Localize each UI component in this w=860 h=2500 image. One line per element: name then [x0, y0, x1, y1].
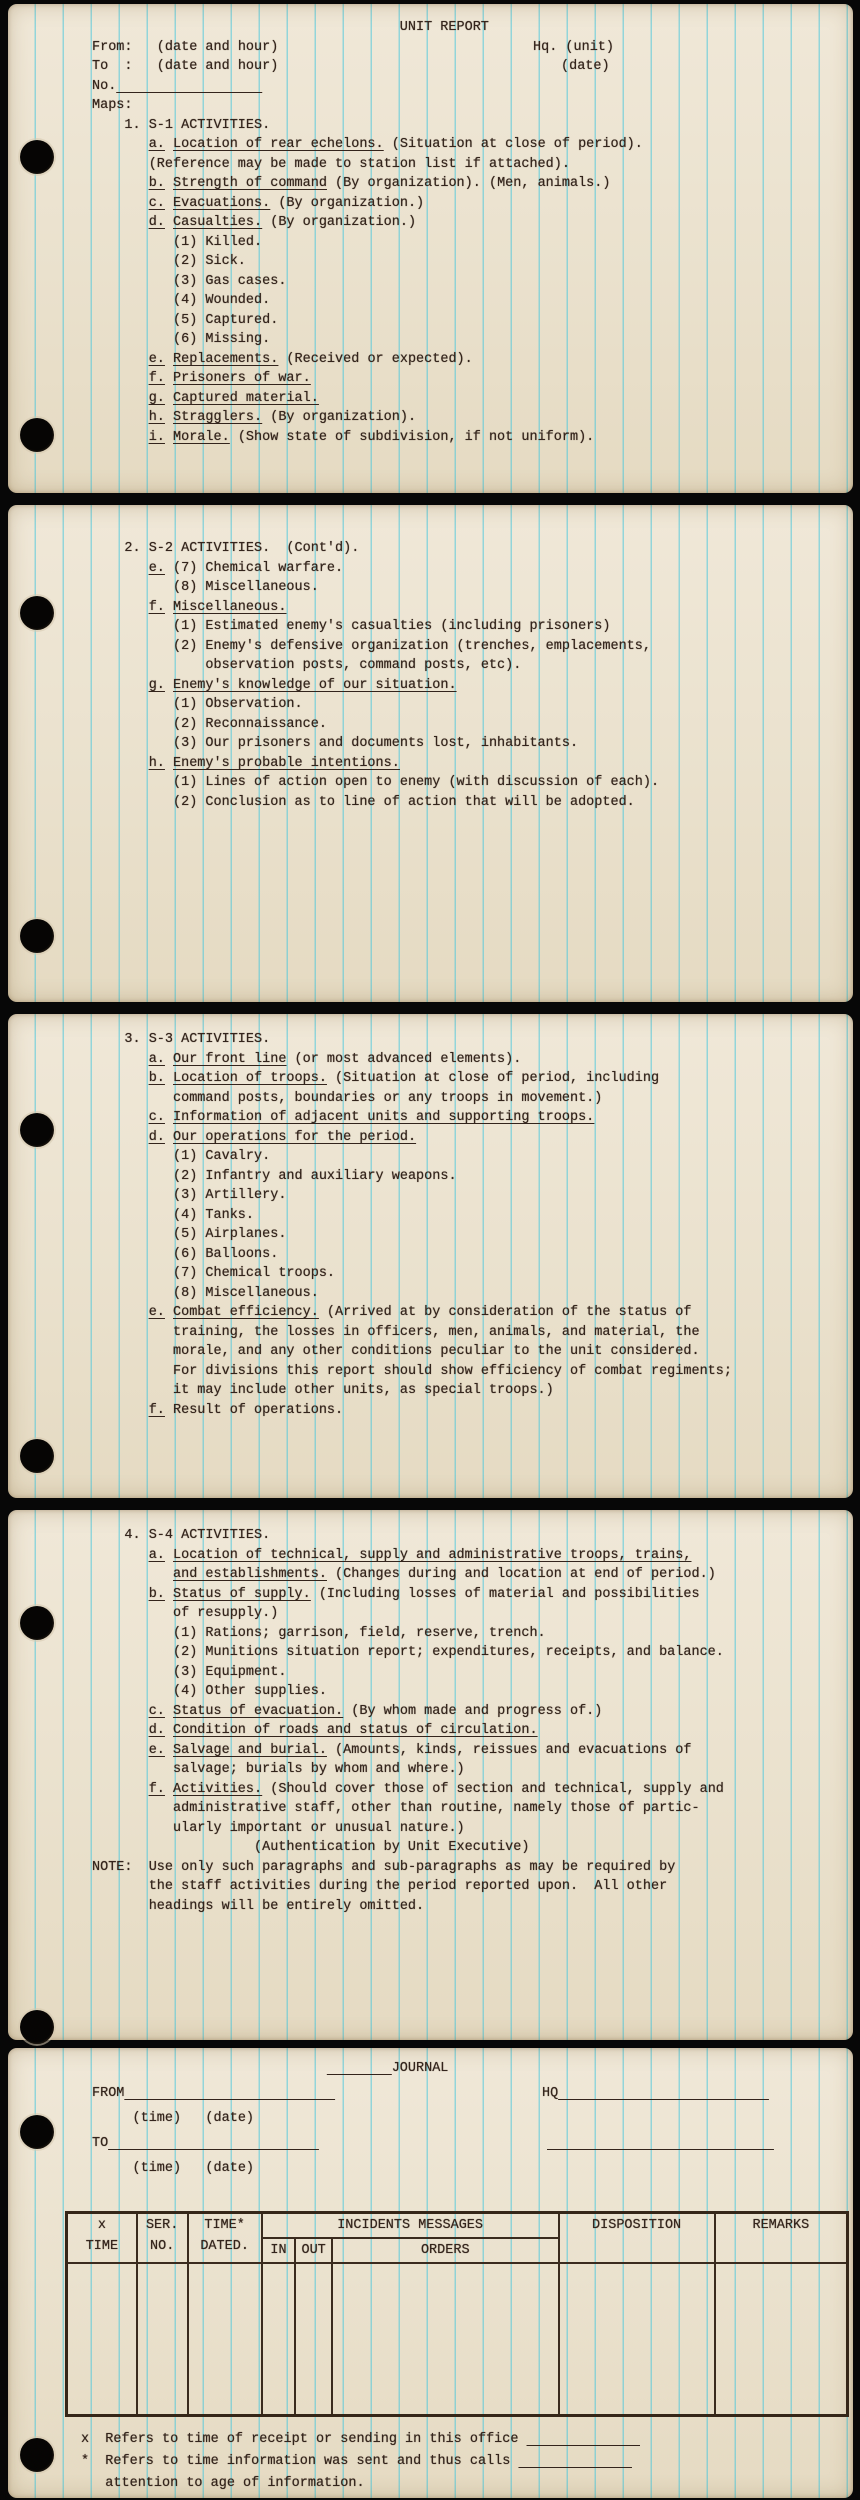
right-aligned-text — [547, 2131, 774, 2156]
text-span: (6) Missing. — [173, 332, 270, 347]
col-header-serial-no: SER. NO. — [137, 2213, 188, 2264]
text-span: (Authentication by Unit Executive) — [254, 1840, 529, 1855]
text-span: ularly important or unusual nature.) — [173, 1821, 465, 1836]
text-line: b. Location of troops. (Situation at clo… — [92, 1069, 845, 1089]
typed-text-block: 4. S-4 ACTIVITIES.a. Location of technic… — [8, 1510, 853, 1916]
underlined-text: a. — [149, 1548, 165, 1563]
col-header-time: x TIME — [67, 2213, 137, 2264]
underlined-text: b. — [149, 1587, 165, 1602]
underlined-text: f. — [149, 371, 165, 386]
underlined-text: Miscellaneous. — [173, 600, 286, 615]
text-span: For divisions this report should show ef… — [173, 1364, 732, 1379]
text-line: salvage; burials by whom and where.) — [92, 1760, 845, 1780]
text-line: attention to age of information. — [81, 2473, 845, 2495]
text-span: 4. S-4 ACTIVITIES. — [124, 1528, 270, 1543]
text-line: a. Location of technical, supply and adm… — [92, 1546, 845, 1566]
text-line: NOTE: Use only such paragraphs and sub-p… — [92, 1858, 845, 1878]
right-aligned-text: HQ — [542, 2081, 769, 2106]
text-span: (2) Enemy's defensive organization (tren… — [173, 639, 651, 654]
text-span: (3) Our prisoners and documents lost, in… — [173, 736, 578, 751]
text-line: (time) (date) — [92, 2106, 845, 2131]
text-span: (3) Gas cases. — [173, 274, 286, 289]
text-span: JOURNAL — [392, 2061, 449, 2076]
text-span — [165, 1052, 173, 1067]
text-line: (8) Miscellaneous. — [92, 578, 845, 598]
underlined-text: and establishments. — [173, 1567, 327, 1582]
text-line: d. Condition of roads and status of circ… — [92, 1721, 845, 1741]
punch-hole — [20, 919, 54, 953]
text-span: Maps: — [92, 98, 133, 113]
underlined-text: g. — [149, 678, 165, 693]
text-span: morale, and any other conditions peculia… — [173, 1344, 700, 1359]
text-span: (By whom made and progress of.) — [343, 1704, 602, 1719]
underlined-text: e. — [149, 1743, 165, 1758]
underlined-text: c. — [149, 1704, 165, 1719]
text-line: d. Casualties. (By organization.) — [92, 213, 845, 233]
text-span — [165, 678, 173, 693]
text-line: (time) (date) — [92, 2156, 845, 2181]
text-span: (1) Rations; garrison, field, reserve, t… — [173, 1626, 546, 1641]
text-line: (7) Chemical troops. — [92, 1264, 845, 1284]
text-span: observation posts, command posts, etc). — [205, 658, 521, 673]
text-line: From: (date and hour)Hq. (unit) — [92, 38, 845, 58]
report-card-s3: 3. S-3 ACTIVITIES.a. Our front line (or … — [8, 1014, 853, 1498]
text-span: it may include other units, as special t… — [173, 1383, 554, 1398]
text-span: (Situation at close of period). — [384, 137, 643, 152]
text-span: (Arrived at by consideration of the stat… — [319, 1305, 692, 1320]
text-line: g. Enemy's knowledge of our situation. — [92, 676, 845, 696]
text-line: (8) Miscellaneous. — [92, 1284, 845, 1304]
text-span: (6) Balloons. — [173, 1247, 278, 1262]
cell-out — [295, 2263, 332, 2416]
text-line: (Reference may be made to station list i… — [92, 155, 845, 175]
text-span: (Amounts, kinds, reissues and evacuation… — [327, 1743, 692, 1758]
text-line: c. Information of adjacent units and sup… — [92, 1108, 845, 1128]
text-span: (2) Sick. — [173, 254, 246, 269]
text-span — [165, 430, 173, 445]
text-span — [165, 371, 173, 386]
underlined-text: d. — [149, 1723, 165, 1738]
underlined-text: a. — [149, 137, 165, 152]
text-span — [165, 600, 173, 615]
text-line: 2. S-2 ACTIVITIES. (Cont'd). — [92, 539, 845, 559]
underlined-text: d. — [149, 215, 165, 230]
text-span — [165, 1704, 173, 1719]
text-line: (1) Estimated enemy's casualties (includ… — [92, 617, 845, 637]
text-line: * Refers to time information was sent an… — [81, 2451, 845, 2473]
text-line: (5) Airplanes. — [92, 1225, 845, 1245]
underlined-text: c. — [149, 196, 165, 211]
cell-remarks — [715, 2263, 848, 2416]
text-line: f. Miscellaneous. — [92, 598, 845, 618]
underlined-text: Our front line — [173, 1052, 286, 1067]
underlined-text: e. — [149, 1305, 165, 1320]
text-line: 4. S-4 ACTIVITIES. — [92, 1526, 845, 1546]
text-span: (1) Lines of action open to enemy (with … — [173, 775, 659, 790]
text-span — [165, 1130, 173, 1145]
underlined-text: h. — [149, 410, 165, 425]
punch-hole — [20, 2010, 54, 2044]
cell-ser-no — [137, 2263, 188, 2416]
underlined-text: e. — [149, 561, 165, 576]
cell-time — [67, 2263, 137, 2416]
text-line: (4) Tanks. — [92, 1206, 845, 1226]
text-span: Hq. (unit) — [533, 40, 614, 55]
text-line: the staff activities during the period r… — [92, 1877, 845, 1897]
text-span: of resupply.) — [173, 1606, 278, 1621]
underlined-text: Condition of roads and status of circula… — [173, 1723, 538, 1738]
text-span: (By organization.) — [262, 215, 416, 230]
text-line: Maps: — [92, 96, 845, 116]
text-line: (3) Our prisoners and documents lost, in… — [92, 734, 845, 754]
text-line: (2) Reconnaissance. — [92, 715, 845, 735]
underlined-text: f. — [149, 1403, 165, 1418]
text-span — [165, 1305, 173, 1320]
text-span: Result of operations. — [165, 1403, 343, 1418]
text-line: (3) Equipment. — [92, 1663, 845, 1683]
underlined-text: e. — [149, 352, 165, 367]
text-span: attention to age of information. — [81, 2476, 365, 2491]
underlined-text: Enemy's probable intentions. — [173, 756, 400, 771]
text-span — [165, 1110, 173, 1125]
text-line: and establishments. (Changes during and … — [92, 1565, 845, 1585]
text-line: administrative staff, other than routine… — [92, 1799, 845, 1819]
scanned-document-page: { "document_title": "UNIT REPORT", "colo… — [0, 0, 860, 2500]
text-line: No. — [92, 77, 845, 97]
text-span: (4) Tanks. — [173, 1208, 254, 1223]
col-header-time-label: TIME — [70, 2236, 134, 2257]
underlined-text — [547, 2136, 774, 2151]
journal-content: JOURNALFROM HQ (time) (date)TO (time) (d… — [8, 2048, 853, 2495]
text-span: (By organization). (Men, animals.) — [327, 176, 611, 191]
journal-empty-row — [67, 2263, 848, 2416]
text-line: (3) Artillery. — [92, 1186, 845, 1206]
col-header-disposition: DISPOSITION — [559, 2213, 715, 2264]
text-line: h. Stragglers. (By organization). — [92, 408, 845, 428]
text-line: FROM HQ — [92, 2081, 845, 2106]
text-line: (6) Missing. — [92, 330, 845, 350]
underlined-text: Location of troops. — [173, 1071, 327, 1086]
text-line: (2) Sick. — [92, 252, 845, 272]
text-span: (2) Munitions situation report; expendit… — [173, 1645, 724, 1660]
text-span — [165, 1782, 173, 1797]
text-span: command posts, boundaries or any troops … — [173, 1091, 602, 1106]
text-line: b. Strength of command (By organization)… — [92, 174, 845, 194]
col-header-no: NO. — [140, 2236, 185, 2257]
underlined-text: a. — [149, 1052, 165, 1067]
underlined-text — [327, 2061, 392, 2076]
text-span: TO — [92, 2136, 108, 2151]
text-span: (date) — [561, 59, 610, 74]
underlined-text: Our operations for the period. — [173, 1130, 416, 1145]
text-line: 3. S-3 ACTIVITIES. — [92, 1030, 845, 1050]
col-header-dated: DATED. — [191, 2236, 259, 2257]
underlined-text — [518, 2454, 631, 2469]
text-line: g. Captured material. — [92, 389, 845, 409]
underlined-text: Combat efficiency. — [173, 1305, 319, 1320]
underlined-text: Location of rear echelons. — [173, 137, 384, 152]
underlined-text: Location of technical, supply and admini… — [173, 1548, 691, 1563]
text-span: 2. S-2 ACTIVITIES. (Cont'd). — [124, 541, 359, 556]
text-line: (1) Observation. — [92, 695, 845, 715]
text-span — [165, 1548, 173, 1563]
text-line: it may include other units, as special t… — [92, 1381, 845, 1401]
text-line: d. Our operations for the period. — [92, 1128, 845, 1148]
report-card-s1: UNIT REPORTFrom: (date and hour)Hq. (uni… — [8, 4, 853, 493]
text-span: (1) Killed. — [173, 235, 262, 250]
text-span — [165, 756, 173, 771]
text-line: (1) Rations; garrison, field, reserve, t… — [92, 1624, 845, 1644]
text-line: a. Location of rear echelons. (Situation… — [92, 135, 845, 155]
underlined-text: Status of evacuation. — [173, 1704, 343, 1719]
punch-hole — [20, 1439, 54, 1473]
text-span: (1) Cavalry. — [173, 1149, 270, 1164]
text-span — [165, 1587, 173, 1602]
text-line: UNIT REPORT — [92, 18, 845, 38]
text-span: (5) Airplanes. — [173, 1227, 286, 1242]
text-span: (7) Chemical troops. — [173, 1266, 335, 1281]
text-span: administrative staff, other than routine… — [173, 1801, 700, 1816]
underlined-text — [124, 2086, 335, 2101]
text-span — [165, 1743, 173, 1758]
text-span: x Refers to time of receipt or sending i… — [81, 2432, 527, 2447]
text-span: (2) Infantry and auxiliary weapons. — [173, 1169, 457, 1184]
underlined-text: i. — [149, 430, 165, 445]
text-span: (2) Reconnaissance. — [173, 717, 327, 732]
underlined-text: g. — [149, 391, 165, 406]
text-span: (By organization). — [262, 410, 416, 425]
text-line: c. Status of evacuation. (By whom made a… — [92, 1702, 845, 1722]
text-line: (2) Infantry and auxiliary weapons. — [92, 1167, 845, 1187]
underlined-text: Activities. — [173, 1782, 262, 1797]
text-span: (4) Other supplies. — [173, 1684, 327, 1699]
text-line: of resupply.) — [92, 1604, 845, 1624]
underlined-text: Information of adjacent units and suppor… — [173, 1110, 594, 1125]
underlined-text: Captured material. — [173, 391, 319, 406]
underlined-text: Replacements. — [173, 352, 278, 367]
underlined-text: Casualties. — [173, 215, 262, 230]
text-span: (8) Miscellaneous. — [173, 580, 319, 595]
typed-text-block: 2. S-2 ACTIVITIES. (Cont'd).e. (7) Chemi… — [8, 505, 853, 812]
text-line: a. Our front line (or most advanced elem… — [92, 1050, 845, 1070]
text-span — [165, 391, 173, 406]
text-span: * Refers to time information was sent an… — [81, 2454, 518, 2469]
underlined-text: Stragglers. — [173, 410, 262, 425]
text-line: observation posts, command posts, etc). — [92, 656, 845, 676]
text-line: JOURNAL — [92, 2056, 845, 2081]
text-span: salvage; burials by whom and where.) — [173, 1762, 465, 1777]
text-line: (2) Conclusion as to line of action that… — [92, 793, 845, 813]
text-line: morale, and any other conditions peculia… — [92, 1342, 845, 1362]
text-span — [165, 137, 173, 152]
text-span — [165, 176, 173, 191]
col-header-out: OUT — [295, 2238, 332, 2263]
text-span: (7) Chemical warfare. — [165, 561, 343, 576]
incidents-messages-label: INCIDENTS MESSAGES — [337, 2218, 483, 2233]
text-line: (1) Killed. — [92, 233, 845, 253]
disposition-label: DISPOSITION — [562, 2215, 712, 2236]
text-line: b. Status of supply. (Including losses o… — [92, 1585, 845, 1605]
journal-footnotes: x Refers to time of receipt or sending i… — [81, 2429, 845, 2495]
text-span: (4) Wounded. — [173, 293, 270, 308]
text-span — [165, 1723, 173, 1738]
text-line: For divisions this report should show ef… — [92, 1362, 845, 1382]
text-line: i. Morale. (Show state of subdivision, i… — [92, 428, 845, 448]
underlined-text: Prisoners of war. — [173, 371, 311, 386]
underlined-text: b. — [149, 1071, 165, 1086]
underlined-text: h. — [149, 756, 165, 771]
text-span: (3) Artillery. — [173, 1188, 286, 1203]
cell-in — [262, 2263, 296, 2416]
text-span: (5) Captured. — [173, 313, 278, 328]
text-span: No. — [92, 79, 116, 94]
col-header-remarks: REMARKS — [715, 2213, 848, 2264]
text-line: To : (date and hour)(date) — [92, 57, 845, 77]
text-span: (By organization.) — [270, 196, 424, 211]
text-line: headings will be entirely omitted. — [92, 1897, 845, 1917]
underlined-text — [108, 2136, 319, 2151]
text-span: (Received or expected). — [278, 352, 472, 367]
text-line: 1. S-1 ACTIVITIES. — [92, 116, 845, 136]
col-header-time-dated: TIME* DATED. — [188, 2213, 262, 2264]
col-header-in: IN — [262, 2238, 296, 2263]
text-span — [165, 196, 173, 211]
journal-card: JOURNALFROM HQ (time) (date)TO (time) (d… — [8, 2048, 853, 2498]
text-span: UNIT REPORT — [400, 20, 489, 35]
underlined-text: f. — [149, 600, 165, 615]
text-line: (2) Munitions situation report; expendit… — [92, 1643, 845, 1663]
underlined-text — [116, 79, 262, 94]
underlined-text: Evacuations. — [173, 196, 270, 211]
underlined-text: Morale. — [173, 430, 230, 445]
text-line: (4) Other supplies. — [92, 1682, 845, 1702]
cell-orders — [332, 2263, 559, 2416]
text-line: (1) Lines of action open to enemy (with … — [92, 773, 845, 793]
underlined-text: Salvage and burial. — [173, 1743, 327, 1758]
text-span: (Changes during and location at end of p… — [327, 1567, 716, 1582]
underlined-text: c. — [149, 1110, 165, 1125]
text-span — [165, 410, 173, 425]
report-card-s4: 4. S-4 ACTIVITIES.a. Location of technic… — [8, 1510, 853, 2040]
remarks-label: REMARKS — [718, 2215, 844, 2236]
underlined-text: Status of supply. — [173, 1587, 311, 1602]
text-span: (Should cover those of section and techn… — [262, 1782, 724, 1797]
text-line: c. Evacuations. (By organization.) — [92, 194, 845, 214]
text-span: HQ — [542, 2086, 558, 2101]
text-line: (1) Cavalry. — [92, 1147, 845, 1167]
text-span: headings will be entirely omitted. — [149, 1899, 424, 1914]
text-span: To : (date and hour) — [92, 59, 278, 74]
text-span: (3) Equipment. — [173, 1665, 286, 1680]
text-line: f. Prisoners of war. — [92, 369, 845, 389]
text-line: (2) Enemy's defensive organization (tren… — [92, 637, 845, 657]
underlined-text: d. — [149, 1130, 165, 1145]
text-line: training, the losses in officers, men, a… — [92, 1323, 845, 1343]
text-line: command posts, boundaries or any troops … — [92, 1089, 845, 1109]
text-line: TO — [92, 2131, 845, 2156]
underlined-text: f. — [149, 1782, 165, 1797]
text-span: (1) Observation. — [173, 697, 303, 712]
text-span: (Reference may be made to station list i… — [149, 157, 570, 172]
text-span: (8) Miscellaneous. — [173, 1286, 319, 1301]
col-header-incidents-messages: INCIDENTS MESSAGES — [262, 2213, 559, 2239]
text-span — [165, 215, 173, 230]
text-span: (1) Estimated enemy's casualties (includ… — [173, 619, 610, 634]
col-header-ser: SER. — [140, 2215, 185, 2236]
text-span: training, the losses in officers, men, a… — [173, 1325, 700, 1340]
text-line: f. Activities. (Should cover those of se… — [92, 1780, 845, 1800]
text-line: (Authentication by Unit Executive) — [92, 1838, 845, 1858]
text-line: (4) Wounded. — [92, 291, 845, 311]
text-line: e. Replacements. (Received or expected). — [92, 350, 845, 370]
text-line: f. Result of operations. — [92, 1401, 845, 1421]
col-header-x-mark: x — [70, 2215, 134, 2236]
text-span: (Including losses of material and possib… — [311, 1587, 700, 1602]
typed-text-block: 3. S-3 ACTIVITIES.a. Our front line (or … — [8, 1014, 853, 1420]
report-card-s2: 2. S-2 ACTIVITIES. (Cont'd).e. (7) Chemi… — [8, 505, 853, 1002]
text-line: e. (7) Chemical warfare. — [92, 559, 845, 579]
journal-table-wrap: x TIME SER. NO. TIME* DATED. INCIDENTS — [65, 2211, 849, 2417]
underlined-text: Enemy's knowledge of our situation. — [173, 678, 457, 693]
typed-text-block: UNIT REPORTFrom: (date and hour)Hq. (uni… — [8, 4, 853, 447]
text-span: 3. S-3 ACTIVITIES. — [124, 1032, 270, 1047]
text-line: (3) Gas cases. — [92, 272, 845, 292]
right-aligned-text: (date) — [561, 57, 610, 77]
text-span: FROM — [92, 2086, 124, 2101]
text-span: (time) (date) — [133, 2161, 255, 2176]
right-aligned-text: Hq. (unit) — [533, 38, 614, 58]
text-span: (time) (date) — [133, 2111, 255, 2126]
text-line: (5) Captured. — [92, 311, 845, 331]
text-span: (2) Conclusion as to line of action that… — [173, 795, 635, 810]
cell-time-dated — [188, 2263, 262, 2416]
text-line: x Refers to time of receipt or sending i… — [81, 2429, 845, 2451]
cell-disposition — [559, 2263, 715, 2416]
journal-header-fields: JOURNALFROM HQ (time) (date)TO (time) (d… — [92, 2056, 845, 2181]
text-span — [165, 352, 173, 367]
text-span: NOTE: Use only such paragraphs and sub-p… — [92, 1860, 675, 1875]
text-span: (Situation at close of period, including — [327, 1071, 659, 1086]
journal-table: x TIME SER. NO. TIME* DATED. INCIDENTS — [65, 2211, 849, 2417]
text-span: (or most advanced elements). — [286, 1052, 521, 1067]
text-span — [165, 1071, 173, 1086]
text-span: 1. S-1 ACTIVITIES. — [124, 118, 270, 133]
text-line: h. Enemy's probable intentions. — [92, 754, 845, 774]
text-line: ularly important or unusual nature.) — [92, 1819, 845, 1839]
text-span: the staff activities during the period r… — [149, 1879, 667, 1894]
text-line: (6) Balloons. — [92, 1245, 845, 1265]
text-line: e. Combat efficiency. (Arrived at by con… — [92, 1303, 845, 1323]
text-span: From: (date and hour) — [92, 40, 278, 55]
underlined-text — [558, 2086, 769, 2101]
text-span: (Show state of subdivision, if not unifo… — [230, 430, 595, 445]
text-line: e. Salvage and burial. (Amounts, kinds, … — [92, 1741, 845, 1761]
col-header-orders: ORDERS — [332, 2238, 559, 2263]
underlined-text — [527, 2432, 640, 2447]
underlined-text: b. — [149, 176, 165, 191]
underlined-text: Strength of command — [173, 176, 327, 191]
col-header-time-star: TIME* — [191, 2215, 259, 2236]
